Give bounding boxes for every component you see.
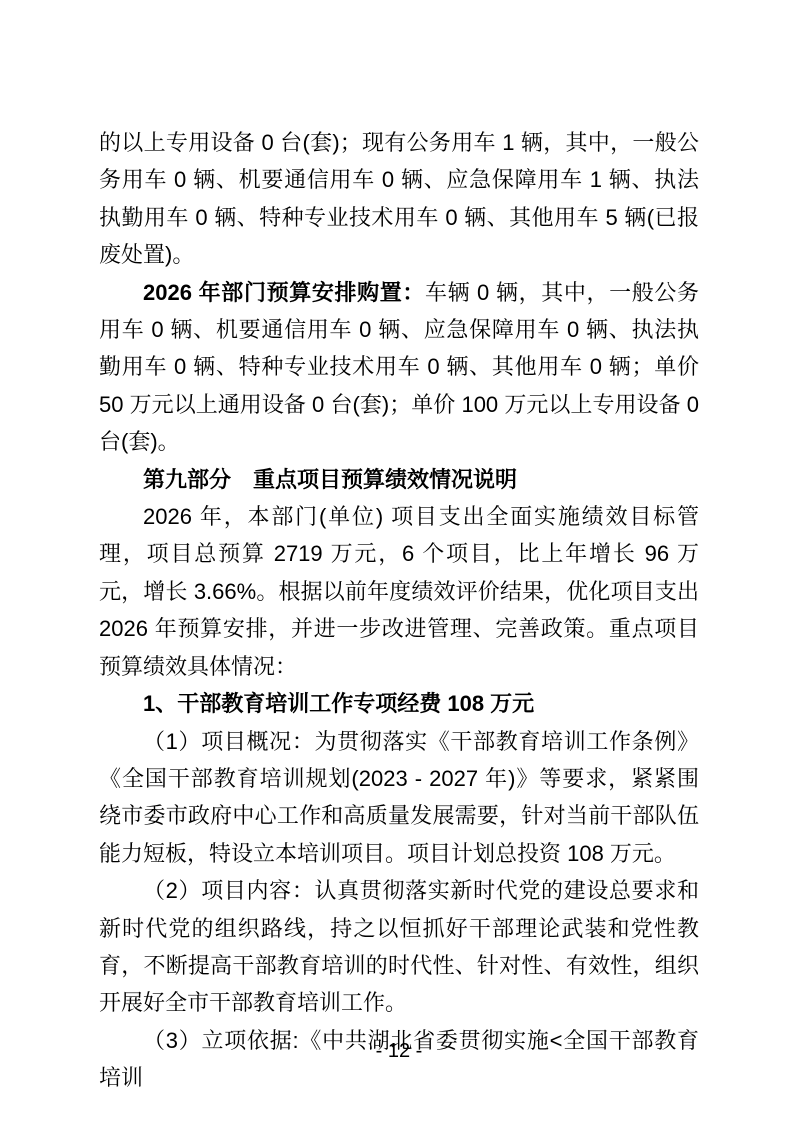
paragraph-performance-overview: 2026 年，本部门(单位) 项目支出全面实施绩效目标管理，项目总预算 2719… (99, 498, 699, 685)
text-run: 车辆 0 辆，其中，一般公务用车 0 辆、机要通信用车 0 辆、应急保障用车 0… (99, 280, 699, 455)
text-run-bold-lead: 2026 年部门预算安排购置： (143, 280, 425, 305)
page-number: - 12 - (99, 1038, 699, 1064)
document-body: 的以上专用设备 0 台(套)；现有公务用车 1 辆，其中，一般公务用车 0 辆、… (99, 124, 699, 1097)
text-run: 2026 年，本部门(单位) 项目支出全面实施绩效目标管理，项目总预算 2719… (99, 504, 699, 679)
document-page: 的以上专用设备 0 台(套)；现有公务用车 1 辆，其中，一般公务用车 0 辆、… (0, 0, 793, 1121)
text-run: 1、干部教育培训工作专项经费 108 万元 (143, 691, 534, 716)
project-1-heading: 1、干部教育培训工作专项经费 108 万元 (99, 685, 699, 722)
text-run: 第九部分 重点项目预算绩效情况说明 (143, 467, 517, 492)
section-heading-part-nine: 第九部分 重点项目预算绩效情况说明 (99, 461, 699, 498)
text-run: （1）项目概况：为贯彻落实《干部教育培训工作条例》《全国干部教育培训规划(202… (99, 729, 699, 866)
paragraph-project-overview: （1）项目概况：为贯彻落实《干部教育培训工作条例》《全国干部教育培训规划(202… (99, 723, 699, 873)
paragraph-existing-vehicles: 的以上专用设备 0 台(套)；现有公务用车 1 辆，其中，一般公务用车 0 辆、… (99, 124, 699, 274)
text-run: （2）项目内容：认真贯彻落实新时代党的建设总要求和新时代党的组织路线，持之以恒抓… (99, 878, 699, 1015)
paragraph-project-content: （2）项目内容：认真贯彻落实新时代党的建设总要求和新时代党的组织路线，持之以恒抓… (99, 872, 699, 1022)
paragraph-2026-procurement: 2026 年部门预算安排购置：车辆 0 辆，其中，一般公务用车 0 辆、机要通信… (99, 274, 699, 461)
text-run: 的以上专用设备 0 台(套)；现有公务用车 1 辆，其中，一般公务用车 0 辆、… (99, 130, 699, 267)
